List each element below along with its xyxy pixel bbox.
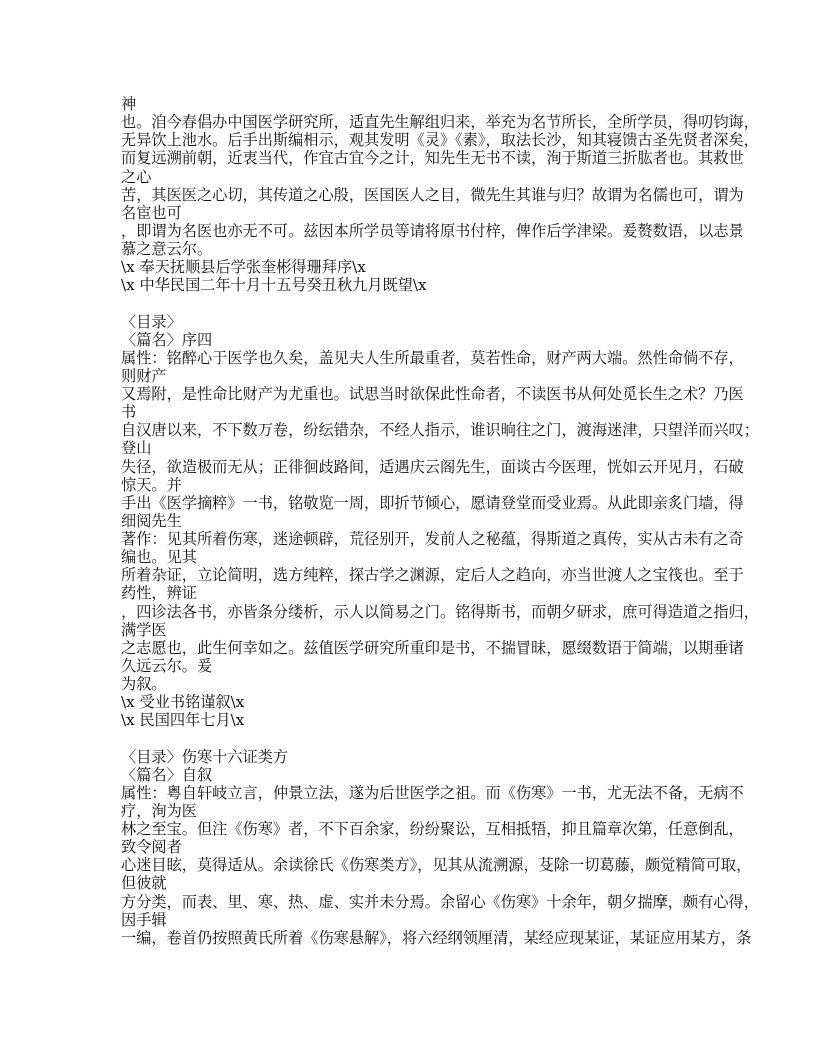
text-line: 无异饮上池水。后手出斯编相示，观其发明《灵》《素》，取法长沙，知其寝馈古圣先贤者…: [121, 131, 701, 149]
text-line: 则财产: [121, 367, 701, 385]
text-line: 久远云尔。爰: [121, 657, 701, 675]
text-line: 因手辑: [121, 911, 701, 929]
date-line: \x 中华民国二年十月十五号癸丑秋九月既望\x: [121, 276, 701, 294]
chapter-title: 〈篇名〉自叙: [121, 766, 701, 784]
text-line: 手出《医学摘粹》一书，铭敬览一周，即折节倾心，愿请登堂而受业焉。从此即亲炙门墙，…: [121, 494, 701, 512]
section-shanghan-preface: 〈目录〉伤寒十六证类方 〈篇名〉自叙 属性：粤自轩岐立言，仲景立法，遂为后世医学…: [121, 748, 701, 947]
text-line: 药性，辨证: [121, 584, 701, 602]
signature-line: \x 受业书铭谨叙\x: [121, 693, 701, 711]
text-line: ，四诊法各书，亦皆条分缕析，示人以简易之门。铭得斯书，而朝夕研求，庶可得造道之指…: [121, 603, 701, 621]
catalog-tag: 〈目录〉: [121, 313, 701, 331]
text-line: 一编，卷首仍按照黄氏所着《伤寒悬解》，将六经纲领厘清，某经应现某证，某证应用某方…: [121, 929, 701, 947]
text-line: 而复远溯前朝，近衷当代，作宜古宜今之计，知先生无书不读，洵于斯道三折肱者也。其救…: [121, 149, 701, 167]
text-line: 之心: [121, 168, 701, 186]
text-line: 所着杂证，立论简明，选方纯粹，探古学之渊源，定后人之趋向，亦当世渡人之宝筏也。至…: [121, 566, 701, 584]
text-line: 方分类，而表、里、寒、热、虚、实并未分焉。余留心《伤寒》十余年，朝夕揣摩，颇有心…: [121, 893, 701, 911]
date-line: \x 民国四年七月\x: [121, 711, 701, 729]
text-line: 属性：铭醉心于医学也久矣，盖见夫人生所最重者，莫若性命，财产两大端。然性命倘不存…: [121, 349, 701, 367]
text-line: 细阅先生: [121, 512, 701, 530]
text-line: 编也。见其: [121, 548, 701, 566]
text-line: 名宦也可: [121, 204, 701, 222]
blank-line: [121, 294, 701, 312]
text-line: 苦，其医医之心切，其传道之心殷，医国医人之目，微先生其谁与归？故谓为名儒也可，谓…: [121, 186, 701, 204]
text-line: ，即谓为名医也亦无不可。兹因本所学员等请将原书付梓，俾作后学津梁。爰赘数语，以志…: [121, 222, 701, 240]
text-line: 书: [121, 403, 701, 421]
text-line: 惊天。并: [121, 476, 701, 494]
text-line: 但彼就: [121, 874, 701, 892]
catalog-tag: 〈目录〉伤寒十六证类方: [121, 748, 701, 766]
section-preface4: 〈目录〉 〈篇名〉序四 属性：铭醉心于医学也久矣，盖见夫人生所最重者，莫若性命，…: [121, 313, 701, 730]
text-line: 也。洎今春倡办中国医学研究所，适直先生解组归来，举充为名节所长，全所学员，得叨钧…: [121, 113, 701, 131]
document-page: 神 也。洎今春倡办中国医学研究所，适直先生解组归来，举充为名节所长，全所学员，得…: [121, 95, 701, 947]
text-line: 登山: [121, 439, 701, 457]
text-line: 慕之意云尔。: [121, 240, 701, 258]
text-line: 之志愿也，此生何幸如之。兹值医学研究所重印是书，不揣冒昧，愿缀数语于简端，以期垂…: [121, 639, 701, 657]
text-line: 为叙。: [121, 675, 701, 693]
chapter-title: 〈篇名〉序四: [121, 331, 701, 349]
signature-line: \x 奉天抚顺县后学张奎彬得珊拜序\x: [121, 258, 701, 276]
text-line: 又焉附，是性命比财产为尤重也。试思当时欲保此性命者，不读医书从何处觅长生之术？乃…: [121, 385, 701, 403]
blank-line: [121, 729, 701, 747]
text-line: 属性：粤自轩岐立言，仲景立法，遂为后世医学之祖。而《伤寒》一书，尤无法不备，无病…: [121, 784, 701, 802]
section-preface3-tail: 神 也。洎今春倡办中国医学研究所，适直先生解组归来，举充为名节所长，全所学员，得…: [121, 95, 701, 294]
text-line: 林之至宝。但注《伤寒》者，不下百余家，纷纷聚讼，互相抵牾，抑且篇章次第，任意倒乱…: [121, 820, 701, 838]
text-line: 满学医: [121, 621, 701, 639]
text-line: 致令阅者: [121, 838, 701, 856]
text-line: 自汉唐以来，不下数万卷，纷纭错杂，不经人指示，谁识晌往之门，渡海迷津，只望洋而兴…: [121, 421, 701, 439]
text-line: 疗，洵为医: [121, 802, 701, 820]
text-line: 著作：见其所着伤寒，迷途顿辟，荒径别开，发前人之秘蕴，得斯道之真传，实从古未有之…: [121, 530, 701, 548]
text-line: 神: [121, 95, 701, 113]
text-line: 心迷目眩，莫得适从。余读徐氏《伤寒类方》，见其从流溯源，芟除一切葛藤，颇觉精简可…: [121, 856, 701, 874]
text-line: 失径，欲造极而无从；正徘徊歧路间，适遇庆云阁先生，面谈古今医理，恍如云开见月，石…: [121, 458, 701, 476]
